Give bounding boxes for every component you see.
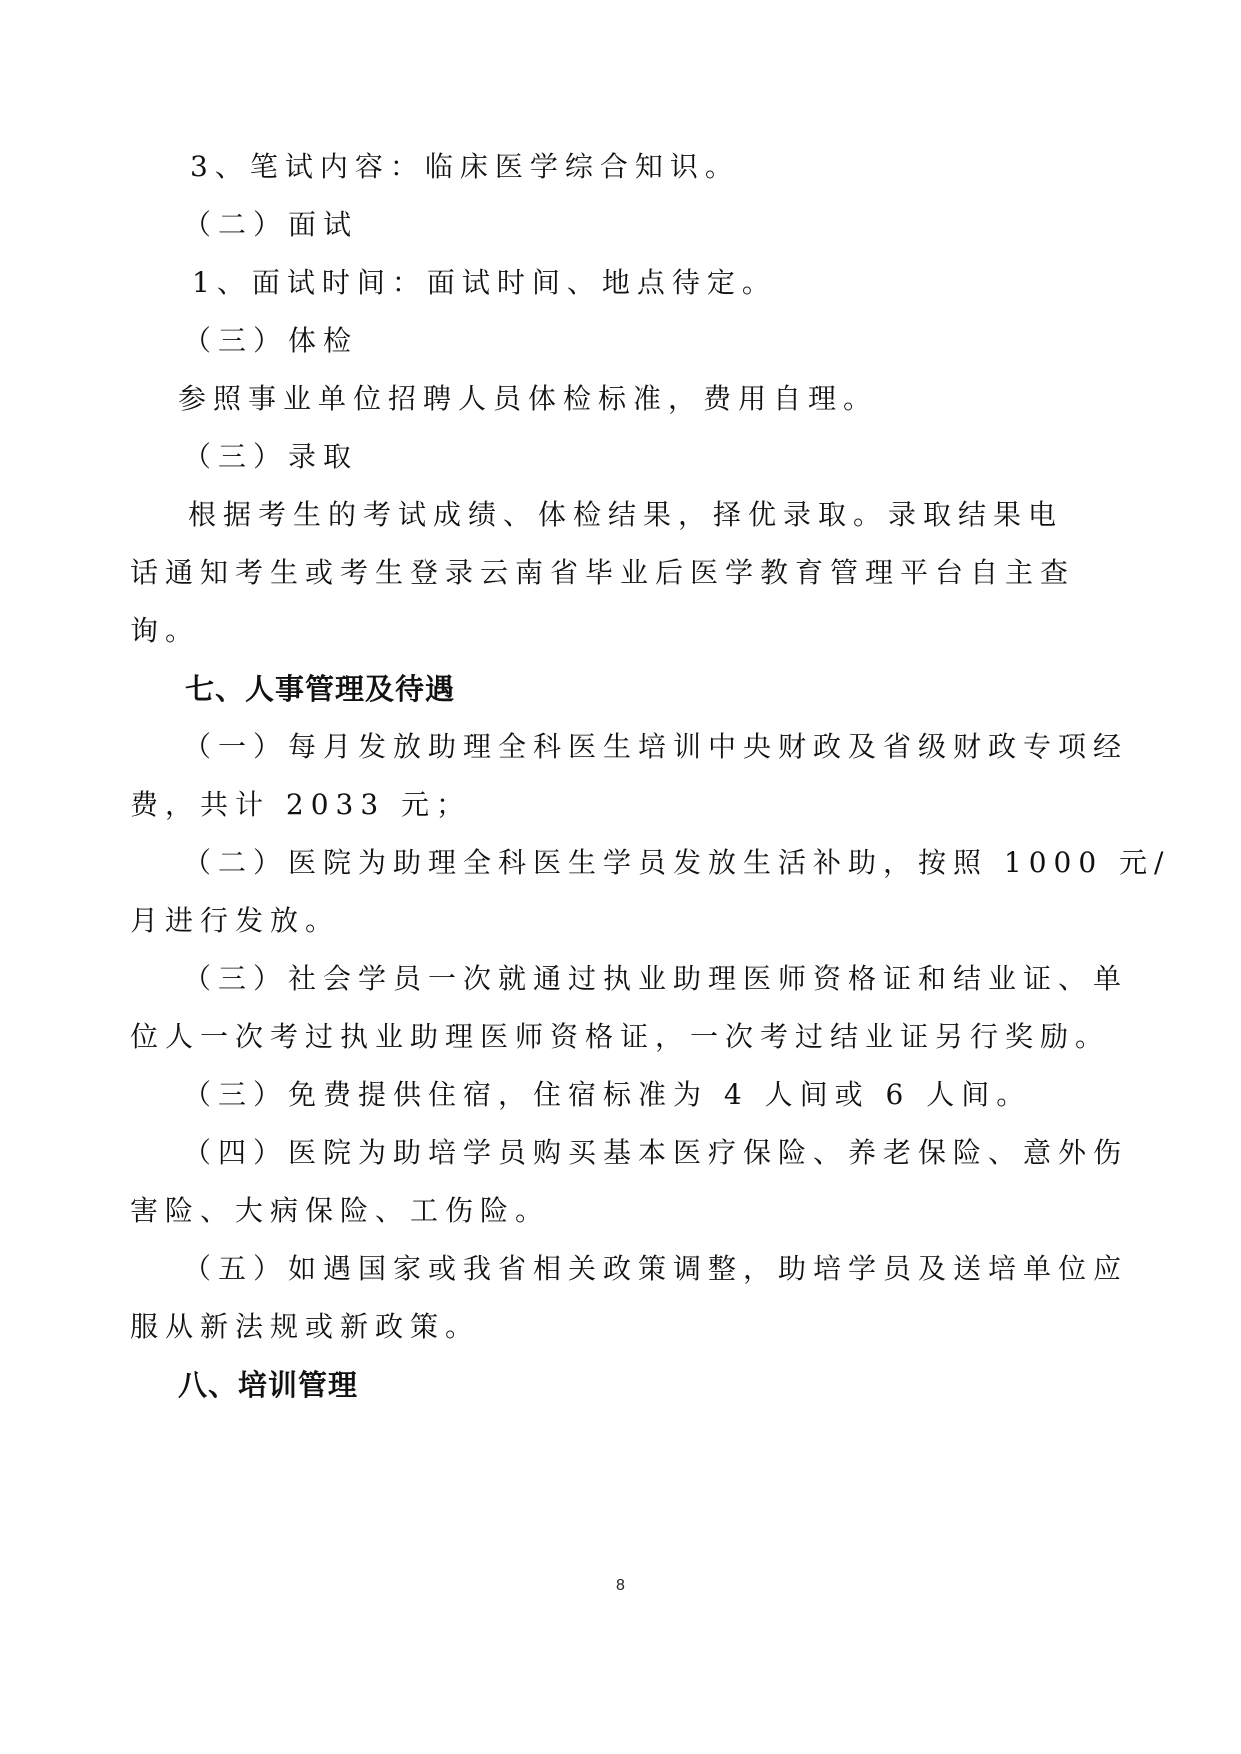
page-number: 8 <box>0 1577 1241 1595</box>
physical-exam-text: 参照事业单位招聘人员体检标准，费用自理。 <box>178 382 878 416</box>
benefit-4-line-2: 害险、大病保险、工伤险。 <box>130 1194 550 1228</box>
admission-subheading: （三）录取 <box>183 440 358 474</box>
interview-time-line: 1、面试时间：面试时间、地点待定。 <box>192 266 777 300</box>
benefit-4-line-1: （四）医院为助培学员购买基本医疗保险、养老保险、意外伤 <box>183 1136 1128 1170</box>
benefit-2-line-2: 月进行发放。 <box>130 904 340 938</box>
section-heading-personnel: 七、人事管理及待遇 <box>185 672 455 706</box>
benefit-3-line-2: 位人一次考过执业助理医师资格证，一次考过结业证另行奖励。 <box>130 1020 1110 1054</box>
admission-text-line-1: 根据考生的考试成绩、体检结果，择优录取。录取结果电 <box>188 498 1063 532</box>
benefit-2-line-1: （二）医院为助理全科医生学员发放生活补助，按照 1000 元/ <box>183 846 1171 880</box>
admission-text-line-2: 话通知考生或考生登录云南省毕业后医学教育管理平台自主查 <box>130 556 1075 590</box>
interview-subheading: （二）面试 <box>183 208 358 242</box>
section-heading-training: 八、培训管理 <box>178 1368 358 1402</box>
benefit-5-line-1: （五）如遇国家或我省相关政策调整，助培学员及送培单位应 <box>183 1252 1128 1286</box>
benefit-3-line-1: （三）社会学员一次就通过执业助理医师资格证和结业证、单 <box>183 962 1128 996</box>
admission-text-line-3: 询。 <box>130 614 200 648</box>
written-exam-content-line: 3、笔试内容：临床医学综合知识。 <box>190 150 740 184</box>
benefit-housing-line: （三）免费提供住宿，住宿标准为 4 人间或 6 人间。 <box>183 1078 1031 1112</box>
physical-exam-subheading: （三）体检 <box>183 324 358 358</box>
benefit-1-line-2: 费，共计 2033 元； <box>130 788 471 822</box>
benefit-1-line-1: （一）每月发放助理全科医生培训中央财政及省级财政专项经 <box>183 730 1128 764</box>
benefit-5-line-2: 服从新法规或新政策。 <box>130 1310 480 1344</box>
